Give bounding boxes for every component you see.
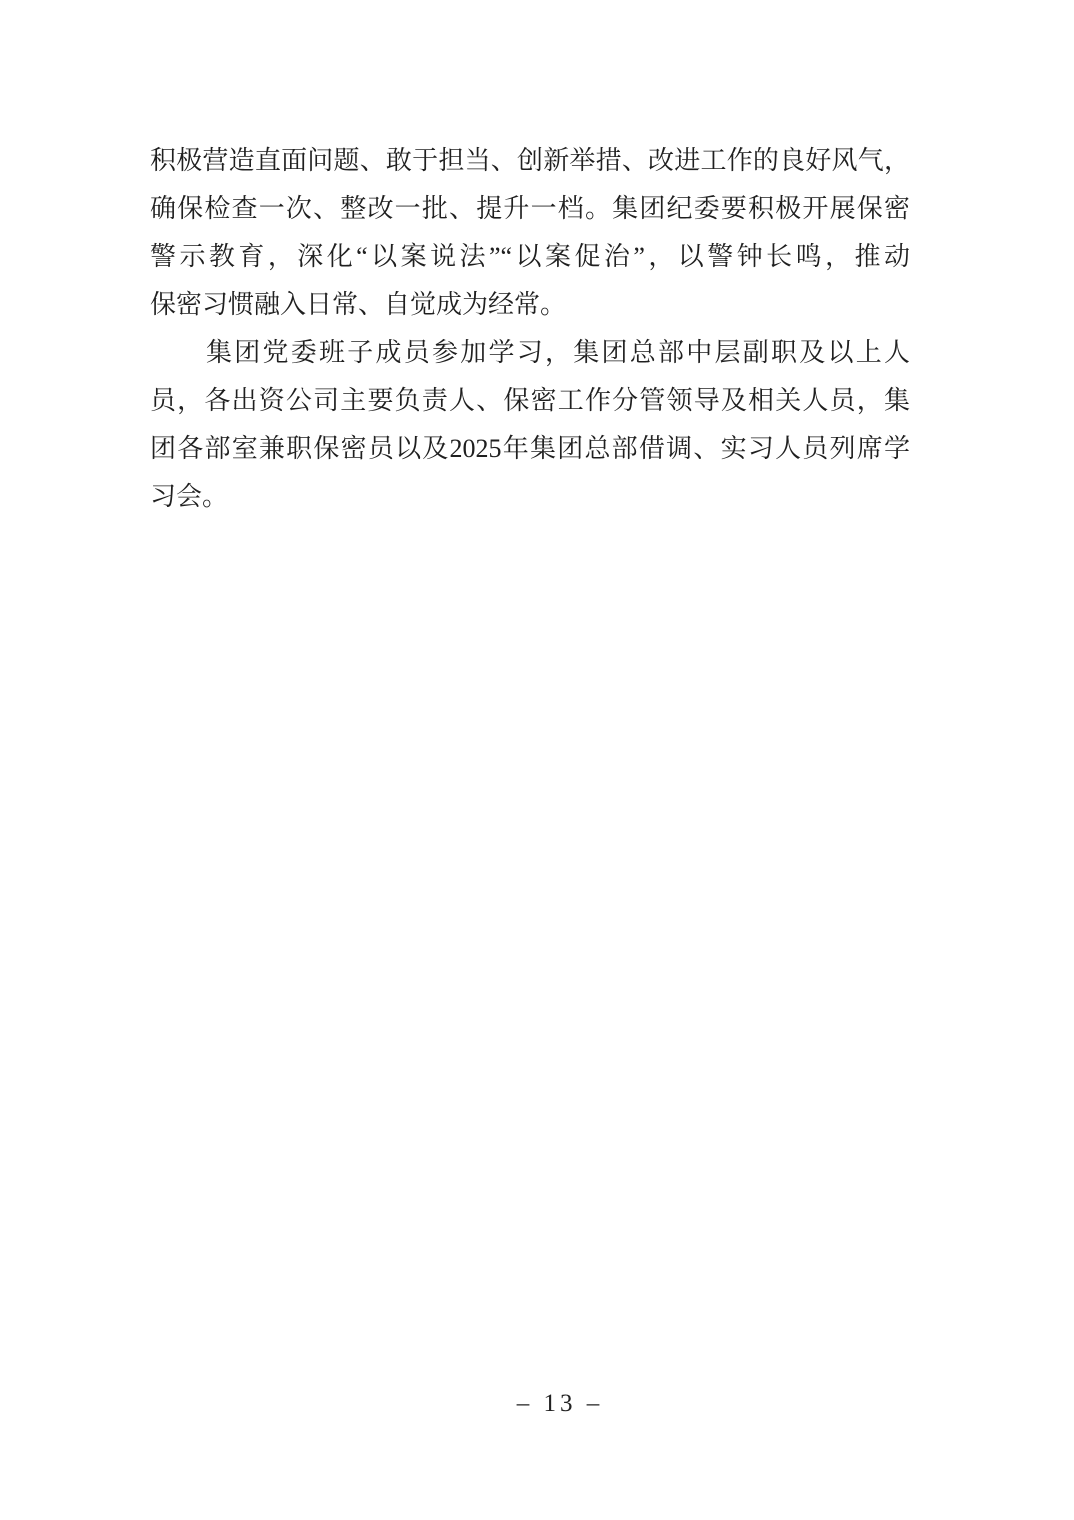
text-line: 集团党委班子成员参加学习，集团总部中层副职及以上人: [150, 329, 910, 377]
text-line: 保密习惯融入日常、自觉成为经常。: [150, 281, 910, 329]
text-line: 积极营造直面问题、敢于担当、创新举措、改进工作的良好风气，: [150, 137, 910, 185]
document-page: 积极营造直面问题、敢于担当、创新举措、改进工作的良好风气， 确保检查一次、整改一…: [0, 0, 1074, 1520]
document-body: 积极营造直面问题、敢于担当、创新举措、改进工作的良好风气， 确保检查一次、整改一…: [150, 137, 910, 521]
text-line: 确保检查一次、整改一批、提升一档。集团纪委要积极开展保密: [150, 185, 910, 233]
text-line: 员，各出资公司主要负责人、保密工作分管领导及相关人员，集: [150, 377, 910, 425]
text-line: 团各部室兼职保密员以及2025年集团总部借调、实习人员列席学: [150, 425, 910, 473]
paragraph-2: 集团党委班子成员参加学习，集团总部中层副职及以上人 员，各出资公司主要负责人、保…: [150, 329, 910, 521]
text-line: 警示教育，深化“以案说法”“以案促治”，以警钟长鸣，推动: [150, 233, 910, 281]
paragraph-1: 积极营造直面问题、敢于担当、创新举措、改进工作的良好风气， 确保检查一次、整改一…: [150, 137, 910, 329]
page-number: – 13 –: [23, 1390, 1074, 1418]
text-line: 习会。: [150, 473, 910, 521]
